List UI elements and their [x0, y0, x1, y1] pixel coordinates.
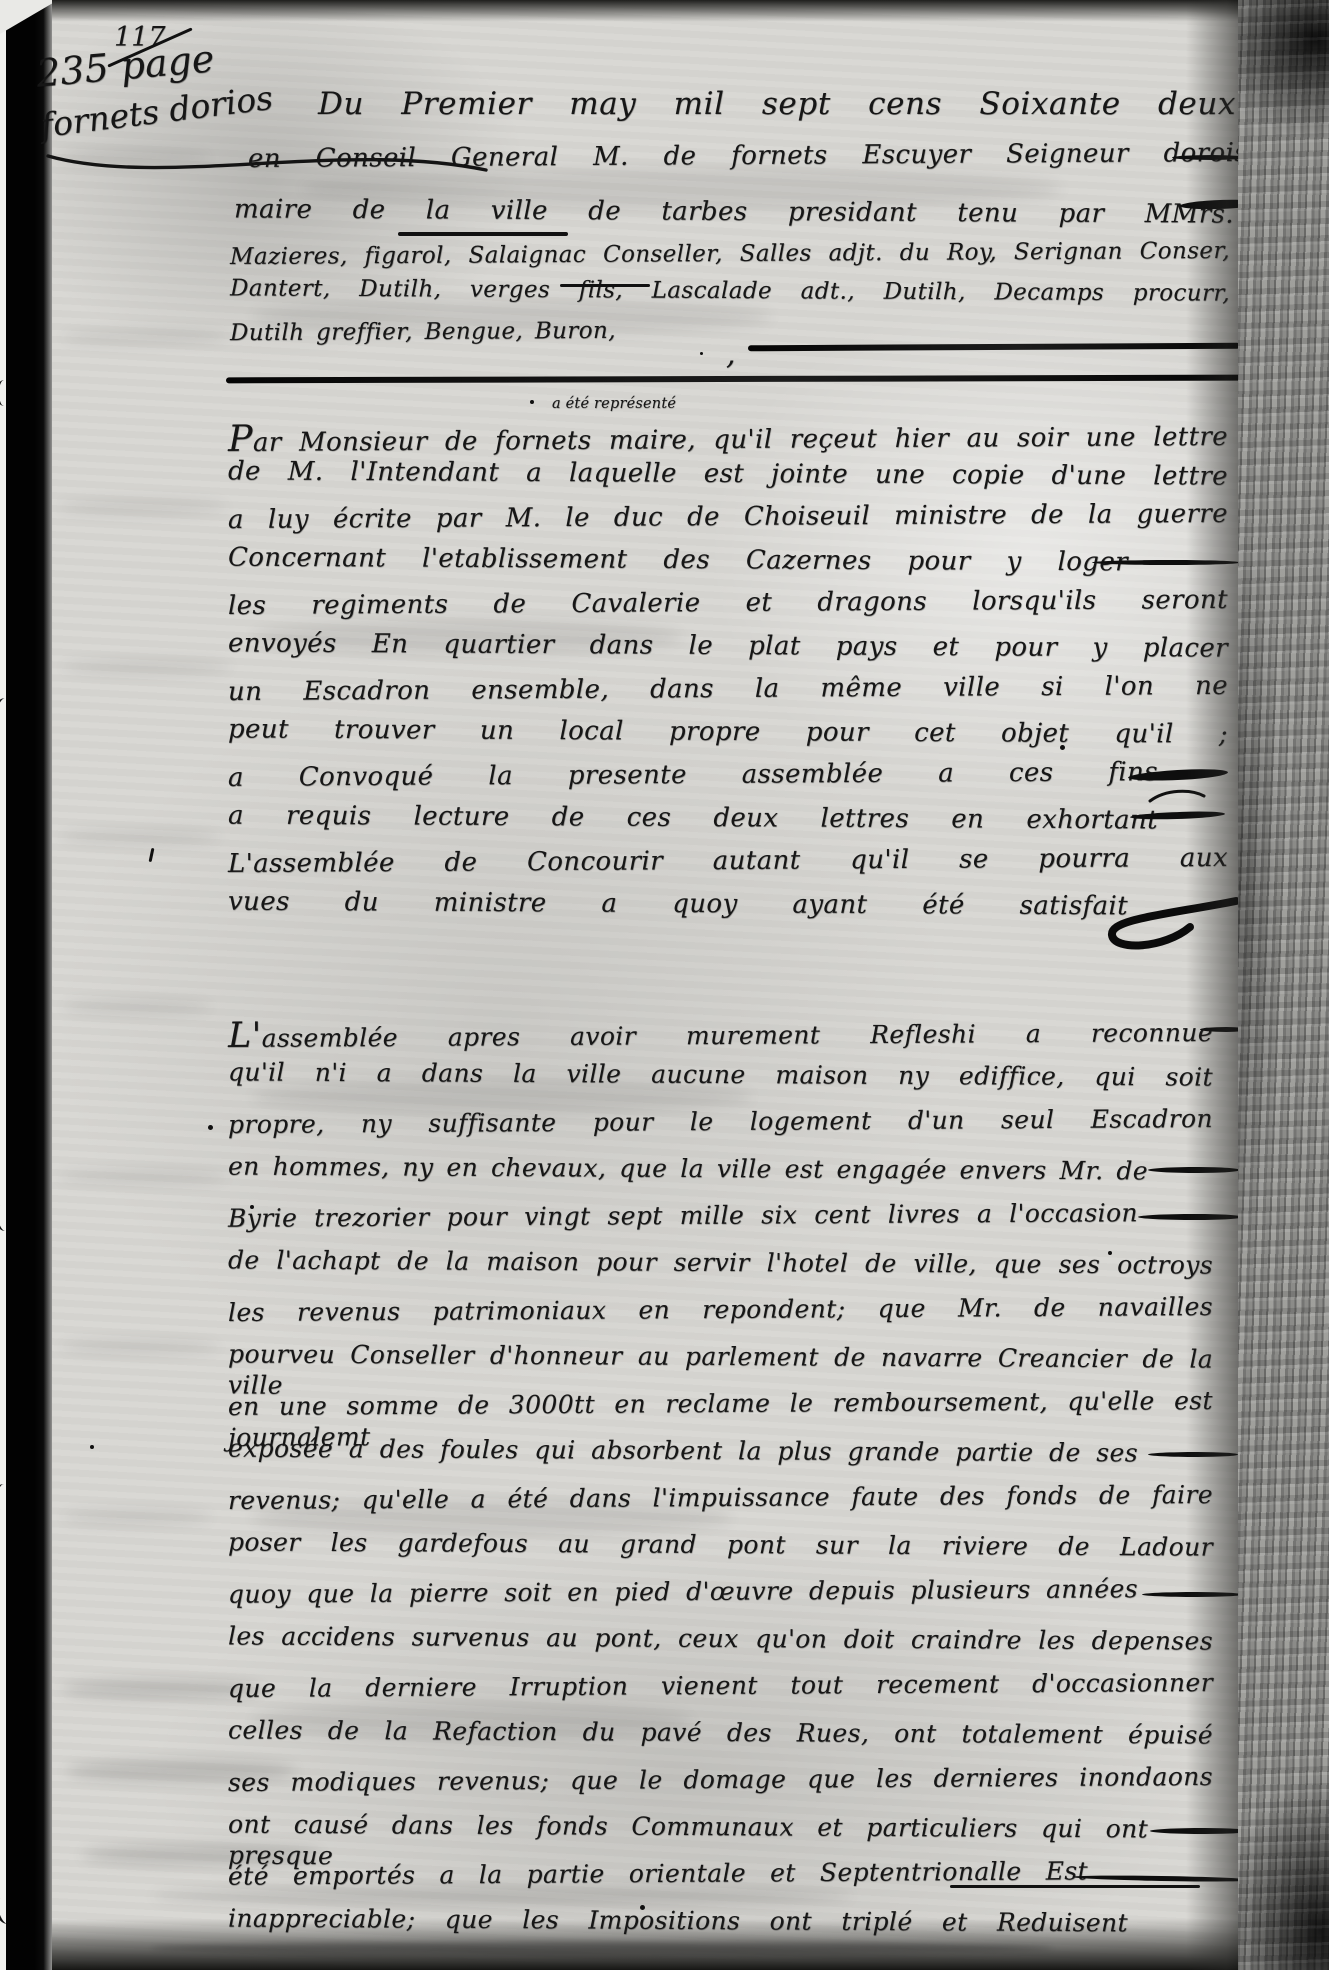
- bleedthrough-mark: [58, 1170, 228, 1184]
- interline-insertion: a été représenté: [552, 396, 676, 412]
- bleedthrough-mark: [60, 1340, 220, 1354]
- manuscript-line: maire de la ville de tarbes presidant te…: [234, 193, 1234, 231]
- ink-speck: [208, 1125, 213, 1130]
- manuscript-line: a Convoqué la presente assemblée a ces f…: [228, 756, 1158, 794]
- salles-underline: [560, 284, 650, 287]
- officers-rule: [748, 343, 1240, 352]
- fore-edge-strata: [1238, 0, 1329, 1970]
- tarbes-underline: [398, 232, 568, 236]
- septentrionalle-underline: [950, 1885, 1200, 1888]
- manuscript-line: poser les gardefous au grand pont sur la…: [228, 1526, 1213, 1562]
- manuscript-line: inappreciable; que les Impositions ont t…: [228, 1903, 1128, 1939]
- manuscript-scan-page: 117 235 page fornets dorios Du Premier m…: [0, 0, 1329, 1970]
- margin-tick-mark: [149, 848, 155, 862]
- manuscript-line: L'assemblée apres avoir murement Reflesh…: [228, 1009, 1213, 1059]
- manuscript-line: Mazieres, figarol, Salaignac Conseller, …: [230, 237, 1230, 272]
- ink-speck: [530, 400, 534, 404]
- manuscript-line: Dantert, Dutilh, verges fils, Lascalade …: [230, 274, 1230, 308]
- manuscript-line: celles de la Refaction du pavé des Rues,…: [228, 1714, 1213, 1750]
- manuscript-line: envoyés En quartier dans le plat pays et…: [228, 627, 1228, 665]
- bleedthrough-mark: [62, 330, 227, 344]
- manuscript-line: Concernant l'etablissement des Cazernes …: [228, 542, 1128, 579]
- manuscript-line: a requis lecture de ces deux lettres en …: [228, 800, 1158, 837]
- manuscript-line: de M. l'Intendant a laquelle est jointe …: [228, 455, 1228, 493]
- manuscript-line: Byrie trezorier pour vingt sept mille si…: [228, 1197, 1138, 1234]
- manuscript-line: ses modiques revenus; que le domage que …: [228, 1761, 1213, 1798]
- binding-shadow: [6, 0, 58, 1970]
- manuscript-line: de l'achapt de la maison pour servir l'h…: [228, 1244, 1213, 1280]
- section-rule: [226, 375, 1242, 384]
- manuscript-line: les revenus patrimoniaux en repondent; q…: [228, 1291, 1213, 1328]
- manuscript-paper: 117 235 page fornets dorios Du Premier m…: [52, 0, 1244, 1970]
- manuscript-line: vues du ministre a quoy ayant été satisf…: [228, 886, 1128, 923]
- bleedthrough-mark: [60, 830, 220, 844]
- ink-speck: [700, 352, 703, 355]
- bleedthrough-mark: [58, 500, 228, 514]
- manuscript-line: Dutilh greffier, Bengue, Buron,: [230, 317, 616, 348]
- date-heading: Du Premier may mil sept cens Soixante de…: [318, 86, 1236, 122]
- manuscript-line: revenus; qu'elle a été dans l'impuissanc…: [228, 1479, 1213, 1516]
- manuscript-line: un Escadron ensemble, dans la même ville…: [228, 670, 1228, 709]
- bottom-edge-smear: [152, 1942, 1052, 1954]
- manuscript-line: exposée a des foules qui absorbent la pl…: [228, 1433, 1138, 1469]
- bleedthrough-mark: [62, 1000, 212, 1014]
- manuscript-line: les accidens survenus au pont, ceux qu'o…: [228, 1620, 1213, 1656]
- manuscript-line: qu'il n'i a dans la ville aucune maison …: [228, 1056, 1213, 1092]
- margin-page-note: 235 page: [34, 36, 216, 95]
- manuscript-line: a luy écrite par M. le duc de Choiseuil …: [228, 498, 1228, 537]
- bleedthrough-mark: [62, 1510, 212, 1524]
- manuscript-line: quoy que la pierre soit en pied d'œuvre …: [228, 1573, 1138, 1610]
- manuscript-line: peut trouver un local propre pour cet ob…: [228, 713, 1228, 751]
- manuscript-line: en Conseil General M. de fornets Escuyer…: [248, 137, 1248, 176]
- page-edge-shadow: [1186, 0, 1244, 1970]
- manuscript-line: que la derniere Irruption vienent tout r…: [228, 1667, 1213, 1704]
- manuscript-line: L'assemblée de Concourir autant qu'il se…: [228, 842, 1228, 881]
- comma-mark: ,: [726, 336, 736, 374]
- manuscript-line: Par Monsieur de fornets maire, qu'il reç…: [228, 410, 1228, 462]
- bleedthrough-mark: [62, 660, 232, 674]
- manuscript-line: propre, ny suffisante pour le logement d…: [228, 1103, 1213, 1140]
- manuscript-line: les regiments de Cavalerie et dragons lo…: [228, 584, 1228, 623]
- manuscript-line: en hommes, ny en chevaux, que la ville e…: [228, 1151, 1148, 1187]
- ink-speck: [90, 1445, 94, 1449]
